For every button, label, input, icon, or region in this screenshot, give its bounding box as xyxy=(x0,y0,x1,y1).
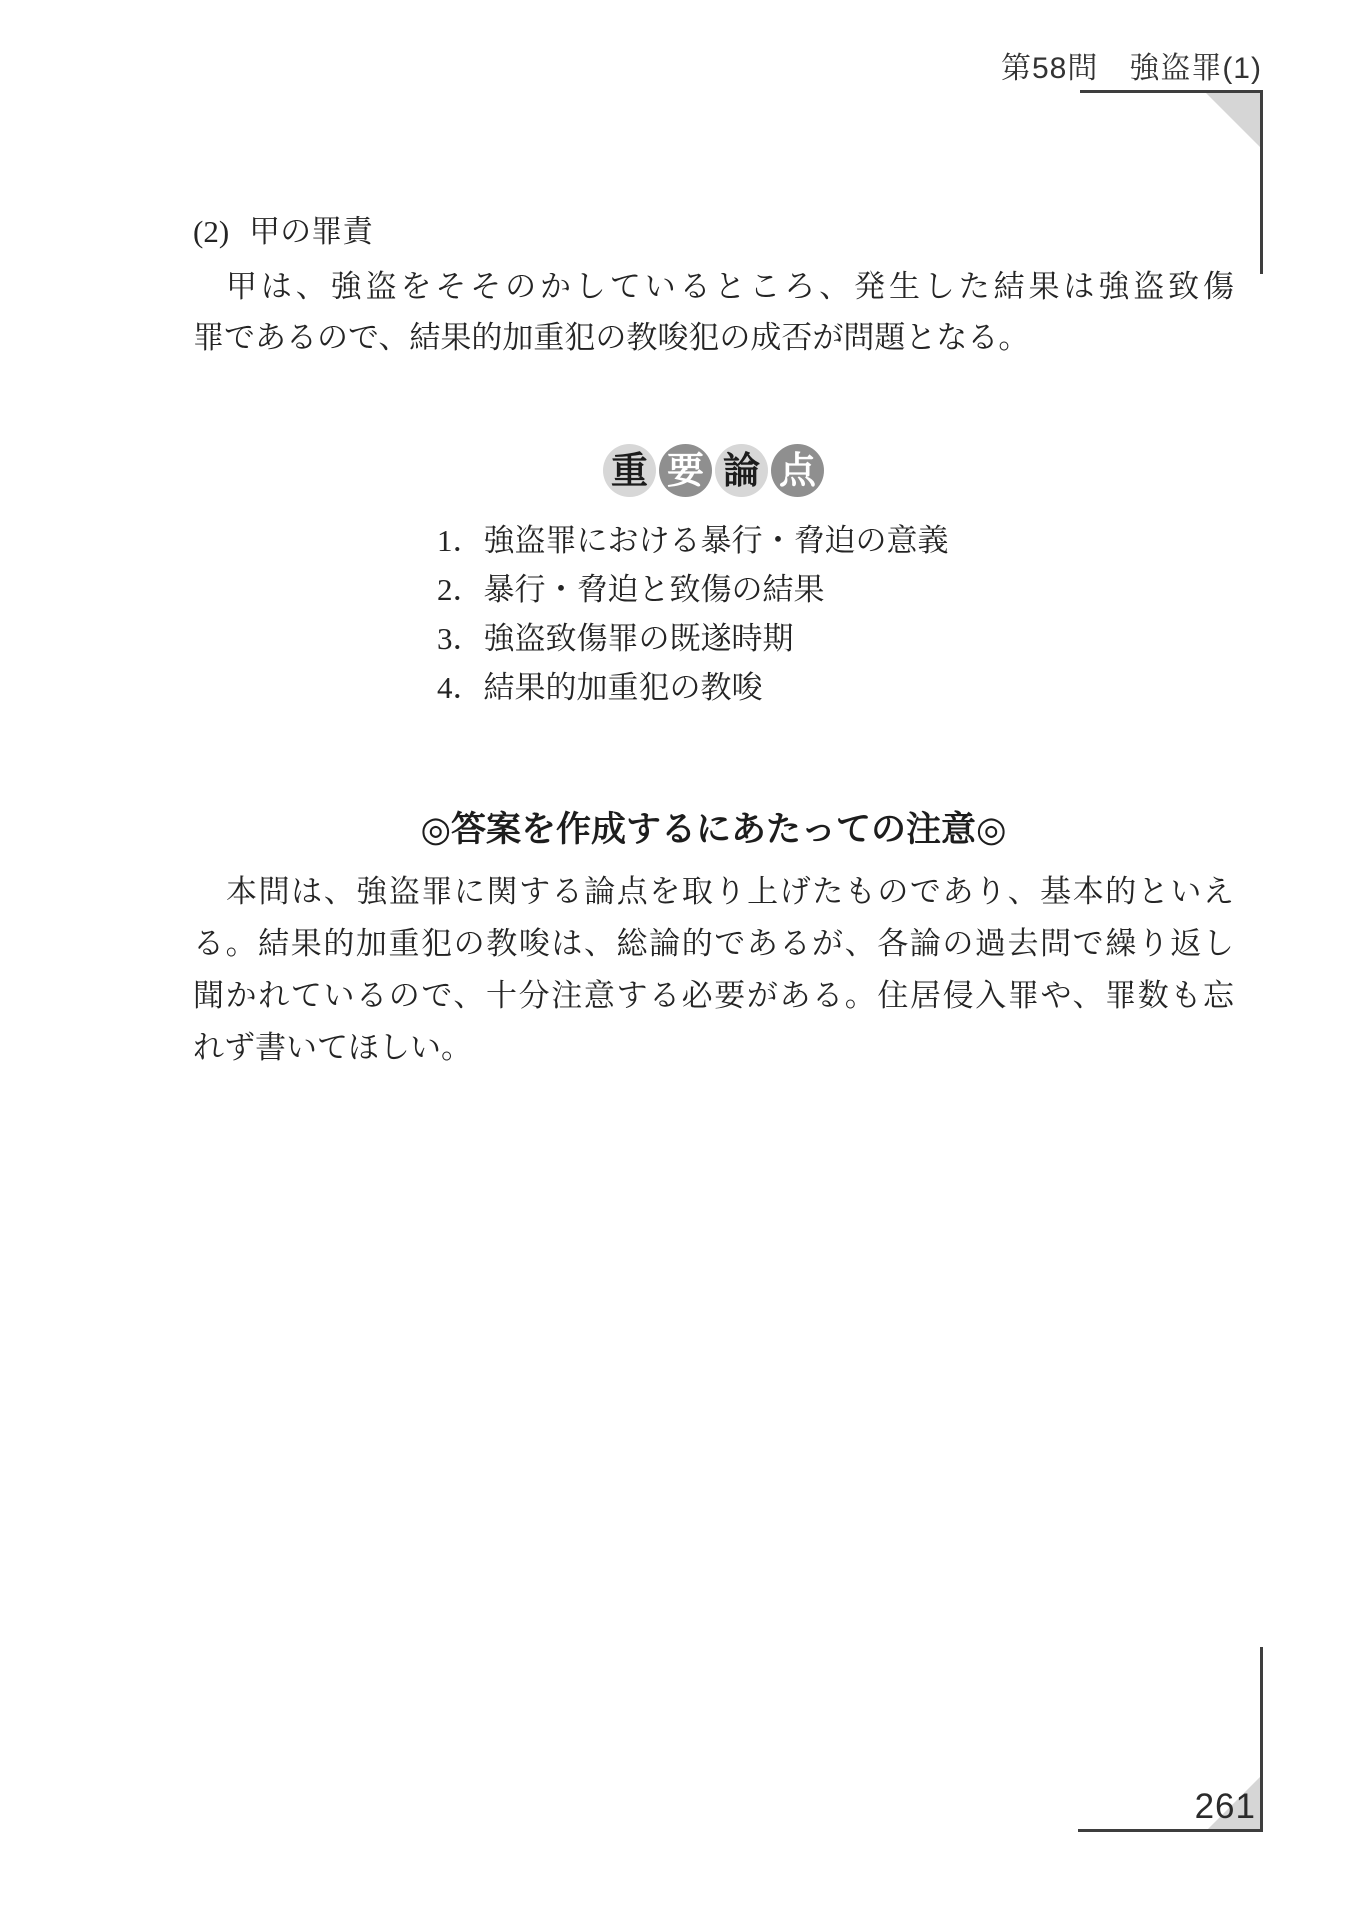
key-points-badge: 重 要 論 点 xyxy=(193,444,1234,497)
bottom-corner-rule-vertical xyxy=(1260,1647,1263,1832)
key-point-item: 1．強盗罪における暴行・脅迫の意義 xyxy=(437,516,949,565)
paragraph-line: 聞かれているので、十分注意する必要がある。住居侵入罪や、罪数も忘 xyxy=(193,970,1234,1022)
paragraph-line: 罪であるので、結果的加重犯の教唆犯の成否が問題となる。 xyxy=(193,312,1234,363)
top-corner-triangle xyxy=(1206,93,1260,147)
section-title: 甲の罪責 xyxy=(249,214,373,249)
section-heading: (2)甲の罪責 xyxy=(193,212,373,252)
key-point-item: 4．結果的加重犯の教唆 xyxy=(437,663,949,712)
top-corner-rule-vertical xyxy=(1260,90,1263,274)
notes-paragraph: 本問は、強盗罪に関する論点を取り上げたものであり、基本的といえ る。結果的加重犯… xyxy=(193,866,1234,1074)
book-page: 第58問 強盗罪(1) (2)甲の罪責 甲は、強盗をそそのかしているところ、発生… xyxy=(0,0,1350,1920)
paragraph-line: 甲は、強盗をそそのかしているところ、発生した結果は強盗致傷 xyxy=(193,261,1234,312)
running-head-title: 第58問 強盗罪(1) xyxy=(1001,52,1262,86)
badge-circle: 重 xyxy=(603,444,656,497)
badge-circle: 点 xyxy=(771,444,824,497)
page-number: 261 xyxy=(1195,1788,1256,1826)
notes-heading: ◎答案を作成するにあたっての注意◎ xyxy=(193,808,1234,852)
key-points-list: 1．強盗罪における暴行・脅迫の意義 2．暴行・脅迫と致傷の結果 3．強盗致傷罪の… xyxy=(437,516,949,712)
key-point-item: 3．強盗致傷罪の既遂時期 xyxy=(437,614,949,663)
paragraph-line: れず書いてほしい。 xyxy=(193,1022,1234,1074)
section-paragraph: 甲は、強盗をそそのかしているところ、発生した結果は強盗致傷 罪であるので、結果的… xyxy=(193,261,1234,363)
badge-circle: 論 xyxy=(715,444,768,497)
key-point-item: 2．暴行・脅迫と致傷の結果 xyxy=(437,565,949,614)
bottom-corner-rule-horizontal xyxy=(1078,1829,1263,1832)
paragraph-line: 本問は、強盗罪に関する論点を取り上げたものであり、基本的といえ xyxy=(193,866,1234,918)
top-corner-rule-horizontal xyxy=(1080,90,1263,93)
paragraph-line: る。結果的加重犯の教唆は、総論的であるが、各論の過去問で繰り返し xyxy=(193,918,1234,970)
section-number: (2) xyxy=(193,214,229,249)
badge-circle: 要 xyxy=(659,444,712,497)
